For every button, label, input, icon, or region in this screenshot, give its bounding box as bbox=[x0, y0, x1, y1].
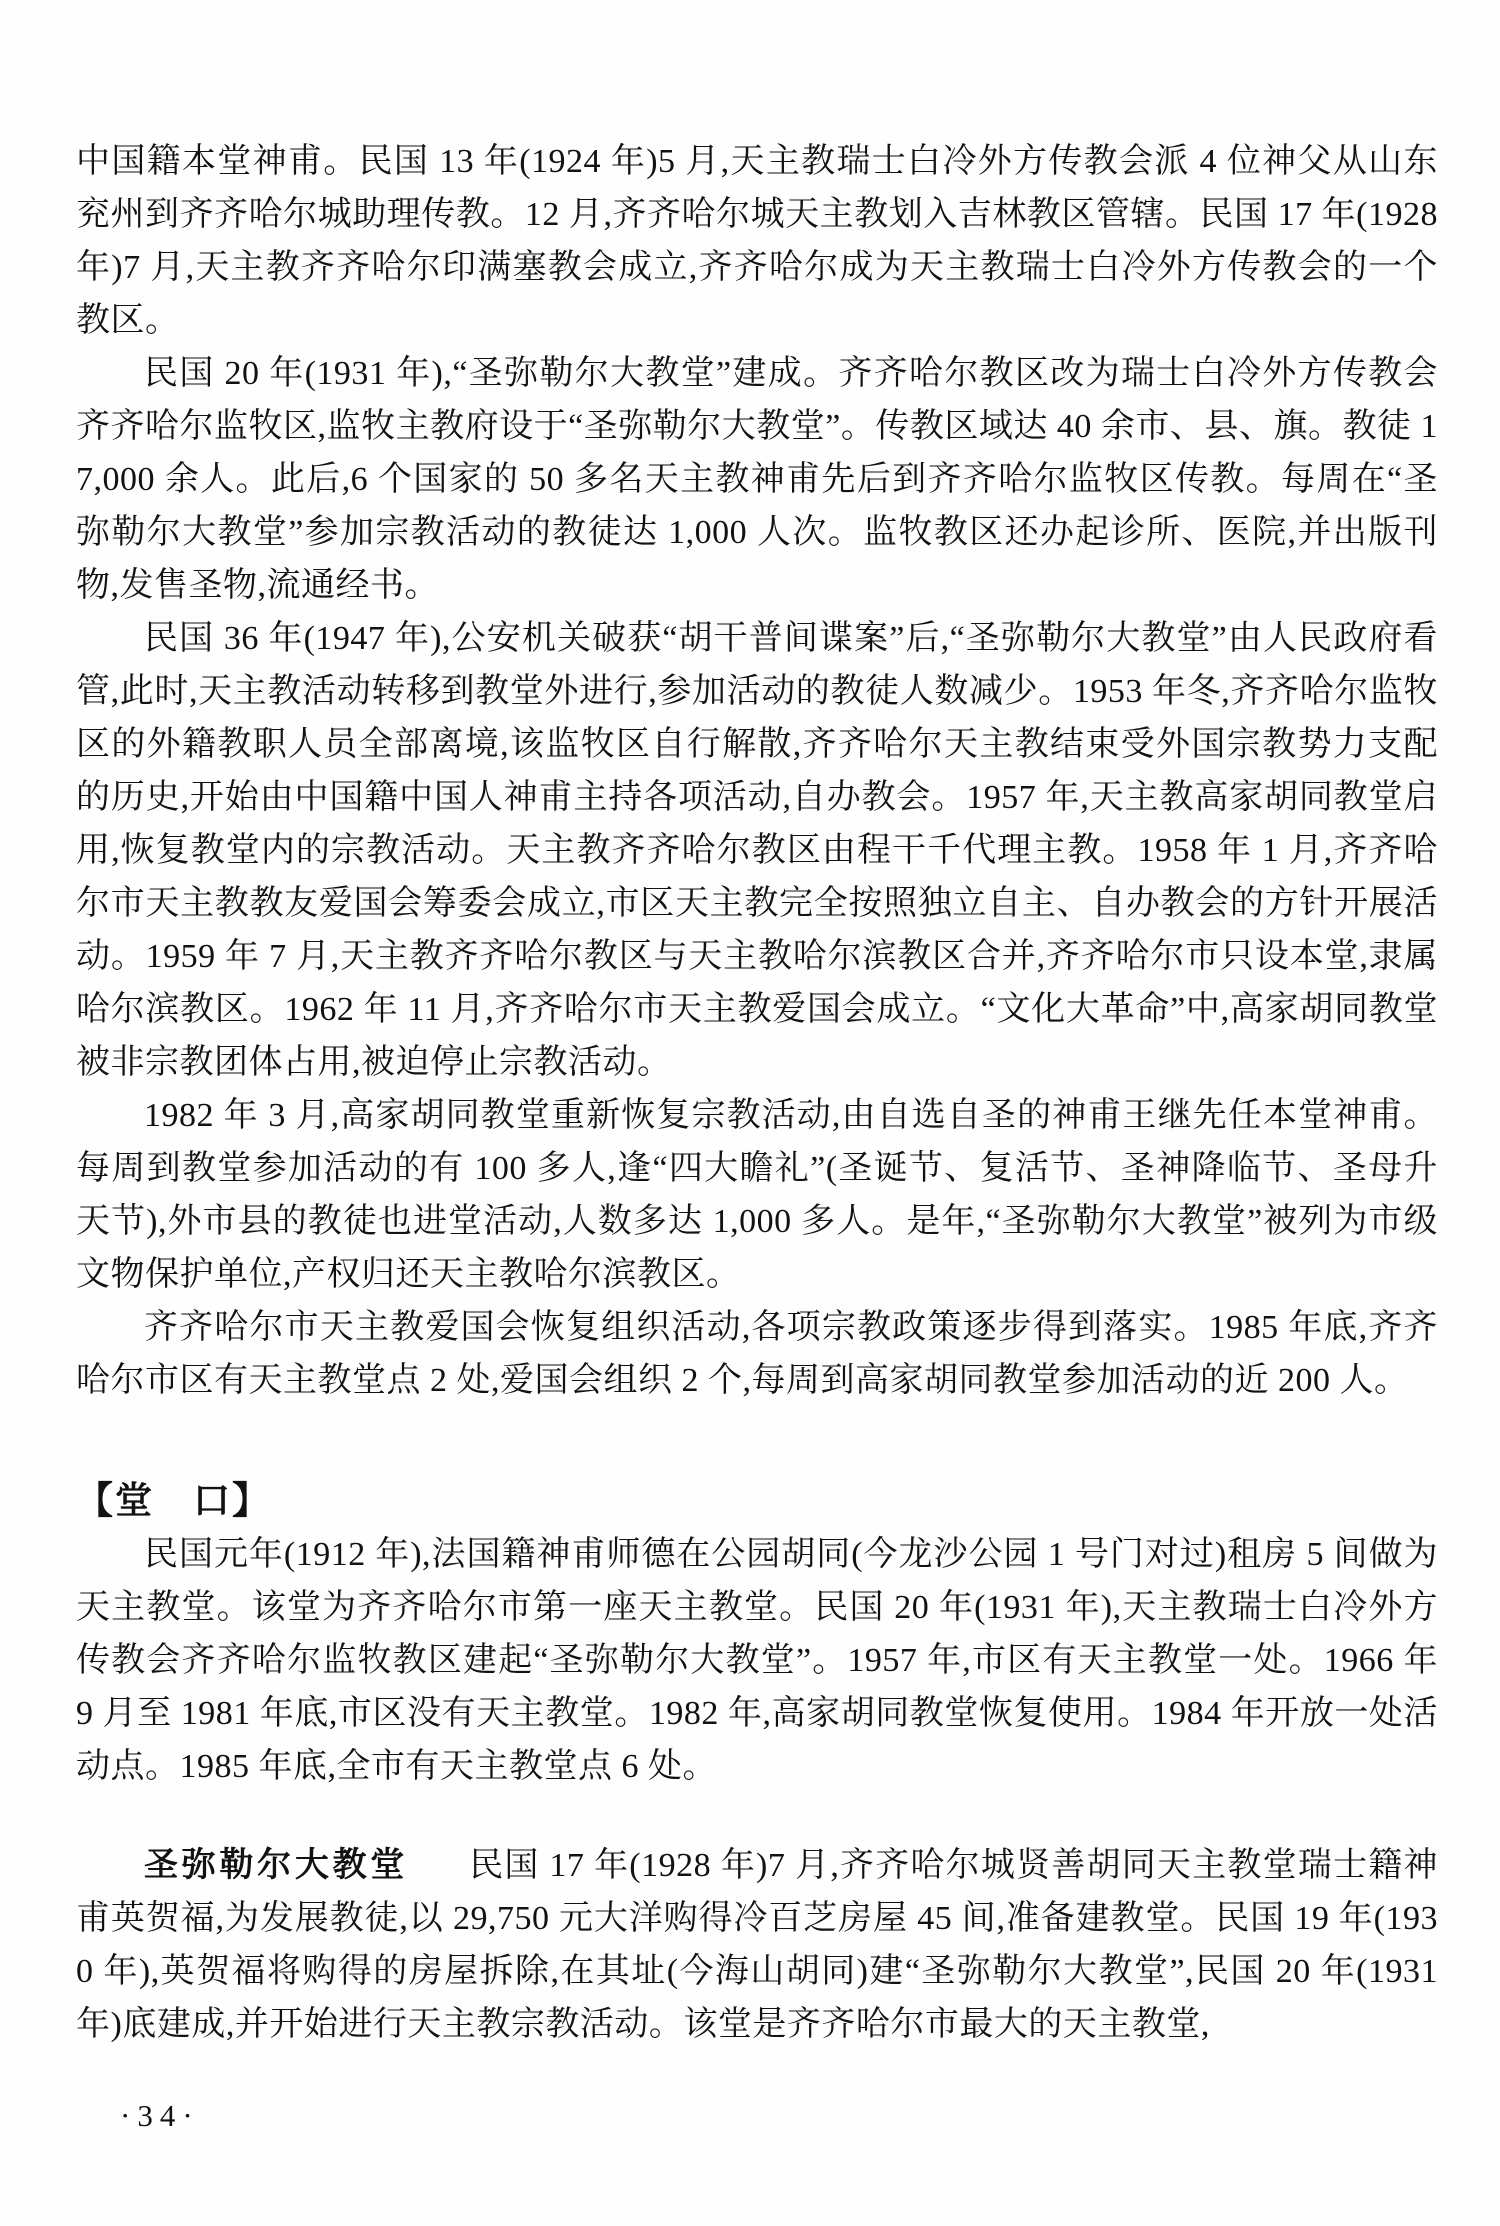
paragraph-cathedral-built: 民国 20 年(1931 年),“圣弥勒尔大教堂”建成。齐齐哈尔教区改为瑞士白冷… bbox=[76, 347, 1438, 612]
scanned-book-page: 中国籍本堂神甫。民国 13 年(1924 年)5 月,天主教瑞士白冷外方传教会派… bbox=[0, 0, 1500, 2226]
section-header-tangkou: 【堂 口】 bbox=[76, 1475, 1438, 1528]
entry-paragraph-cathedral: 圣弥勒尔大教堂民国 17 年(1928 年)7 月,齐齐哈尔城贤善胡同天主教堂瑞… bbox=[76, 1839, 1438, 2051]
paragraph-1985-status: 齐齐哈尔市天主教爱国会恢复组织活动,各项宗教政策逐步得到落实。1985 年底,齐… bbox=[76, 1301, 1438, 1407]
page-text-block: 中国籍本堂神甫。民国 13 年(1924 年)5 月,天主教瑞士白冷外方传教会派… bbox=[76, 135, 1438, 2051]
paragraph-1982-restoration: 1982 年 3 月,高家胡同教堂重新恢复宗教活动,由自选自圣的神甫王继先任本堂… bbox=[76, 1089, 1438, 1301]
paragraph-1947-events: 民国 36 年(1947 年),公安机关破获“胡干普间谍案”后,“圣弥勒尔大教堂… bbox=[76, 612, 1438, 1089]
entry-title: 圣弥勒尔大教堂 bbox=[144, 1847, 408, 1884]
paragraph-continuation: 中国籍本堂神甫。民国 13 年(1924 年)5 月,天主教瑞士白冷外方传教会派… bbox=[76, 135, 1438, 347]
page-number: ·34· bbox=[120, 2098, 200, 2134]
paragraph-tangkou-overview: 民国元年(1912 年),法国籍神甫师德在公园胡同(今龙沙公园 1 号门对过)租… bbox=[76, 1528, 1438, 1793]
